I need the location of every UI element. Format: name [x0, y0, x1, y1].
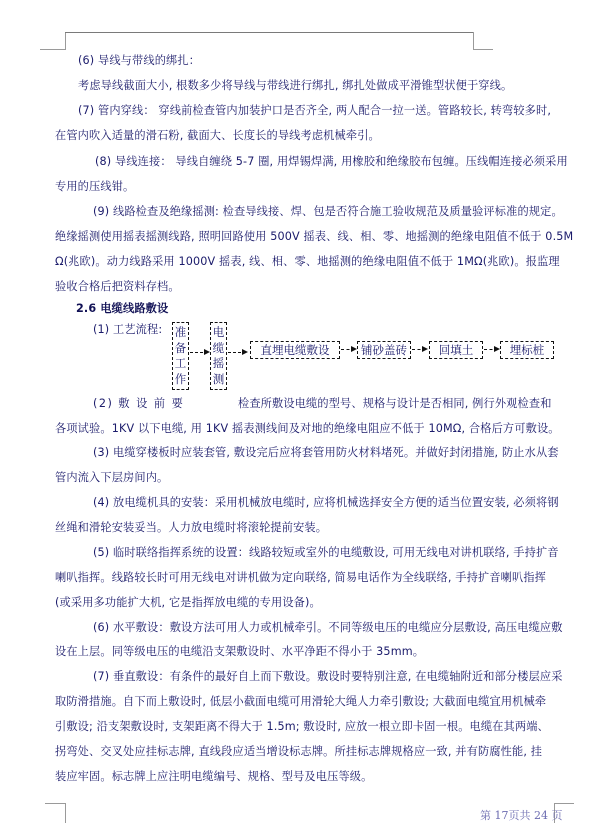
flow-step-cable-test: 电 缆 摇 测: [210, 322, 227, 390]
flow-arrow-icon: [412, 349, 426, 350]
crop-mark-top-left-h: [40, 49, 66, 50]
crop-mark-top-right-h: [473, 49, 493, 50]
s7-line1: (7) 垂直敷设：有条件的最好自上而下敷设。敷设时要特别注意, 在电缆轴附近和部…: [93, 670, 563, 684]
flow-step-backfill: 回填土: [429, 341, 483, 359]
p9-line4: 验收合格后把资料存档。: [55, 280, 180, 294]
p9-line1: (9) 线路检查及绝缘摇测: 检查导线接、焊、包是否符合施工验收规范及质量验评标…: [93, 205, 563, 219]
crop-mark-bottom-right-h: [554, 803, 574, 804]
s6-line1: (6) 水平敷设：敷设方法可用人力或机械牵引。不同等级电压的电缆应分层敷设, 高…: [93, 621, 563, 635]
s5-line2: 喇叭指挥。线路较长时可用无线电对讲机做为定向联络, 简易电话作为全线联络, 手持…: [55, 571, 546, 585]
flow-arrow-icon: [190, 352, 208, 353]
crop-mark-top-left-v: [65, 32, 66, 50]
p6-text: 考虑导线截面大小, 根数多少将导线与带线进行绑扎, 绑扎处做成平滑锥型状便于穿线…: [78, 79, 512, 93]
s5-line3: (或采用多功能扩大机, 它是指挥放电缆的专用设备)。: [55, 596, 321, 610]
crop-mark-bottom-left-v: [65, 803, 66, 823]
s5-line1: (5) 临时联络指挥系统的设置：线路较短或室外的电缆敷设, 可用无线电对讲机联络…: [93, 546, 559, 560]
s4-line2: 丝绳和滑轮安装妥当。人力放电缆时将滚轮提前安装。: [55, 521, 327, 535]
p7-line2: 在管内吹入适量的滑石粉, 截面大、长度长的导线考虑机械牵引。: [55, 129, 380, 143]
flow-arrow-icon: [228, 352, 246, 353]
p7-line1: (7) 管内穿线： 穿线前检查管内加装护口是否齐全, 两人配合一拉一送。管路较长…: [78, 104, 551, 118]
s2-line1b: 检查所敷设电缆的型号、规格与设计是否相同, 例行外观检查和: [238, 397, 552, 411]
flow-step-sand-brick: 铺砂盖砖: [357, 341, 411, 359]
page-number: 第 17页共 24 页: [480, 807, 562, 823]
p8-line2: 专用的压线钳。: [55, 180, 134, 194]
crop-mark-top-right-v: [473, 32, 474, 50]
s7-line5: 装应牢固。标志牌上应注明电缆编号、规格、型号及电压等级。: [55, 770, 372, 784]
s2-line2: 各项试验。1KV 以下电缆, 用 1KV 摇表测线间及对地的绝缘电阻应不低于 1…: [55, 422, 560, 436]
flow-arrow-icon: [341, 349, 355, 350]
p9-line3: Ω(兆欧)。动力线路采用 1000V 摇表, 线、相、零、地摇测的绝缘电阻值不低…: [55, 255, 560, 269]
section-heading: 2.6 电缆线路敷设: [76, 302, 168, 316]
header-rule: [65, 32, 473, 33]
flow-step-direct-burial: 直埋电缆敷设: [250, 341, 340, 359]
process-flow-label: (1) 工艺流程:: [93, 323, 162, 337]
s3-line1: (3) 电缆穿楼板时应装套管, 敷设完后应将套管用防火材料堵死。并做好封闭措施,…: [93, 446, 559, 460]
flow-arrow-icon: [484, 349, 498, 350]
p6-title: (6) 导线与带线的绑扎：: [78, 54, 200, 68]
flow-step-prepare: 准 备 工 作: [172, 322, 189, 390]
s7-line2: 取防滑措施。自下而上敷设时, 低层小截面电缆可用滑轮大绳人力牵引敷设; 大截面电…: [55, 695, 546, 709]
s7-line3: 引敷设; 沿支架敷设时, 支架距离不得大于 1.5m; 敷设时, 应放一根立即卡…: [55, 720, 549, 734]
flow-step-marker-post: 埋标桩: [500, 341, 554, 359]
p8-line1: (8) 导线连接： 导线自缠绕 5-7 圈, 用焊锡焊满, 用橡胶和绝缘胶布包缠…: [95, 155, 568, 169]
s7-line4: 拐弯处、交叉处应挂标志牌, 直线段应适当增设标志牌。所挂标志牌规格应一致, 并有…: [55, 745, 542, 759]
s4-line1: (4) 放电缆机具的安装：采用机械放电缆时, 应将机械选择安全方便的适当位置安装…: [93, 496, 559, 510]
s2-line1a: (2) 敷 设 前 要: [93, 397, 184, 411]
s6-line2: 设在上层。同等级电压的电缆沿支架敷设时、水平净距不得小于 35mm。: [55, 645, 424, 659]
s3-line2: 管内流入下层房间内。: [55, 471, 168, 485]
p9-line2: 绝缘摇测使用摇表摇测线路, 照明回路使用 500V 摇表、线、相、零、地摇测的绝…: [55, 230, 573, 244]
crop-mark-bottom-left-h: [45, 803, 65, 804]
